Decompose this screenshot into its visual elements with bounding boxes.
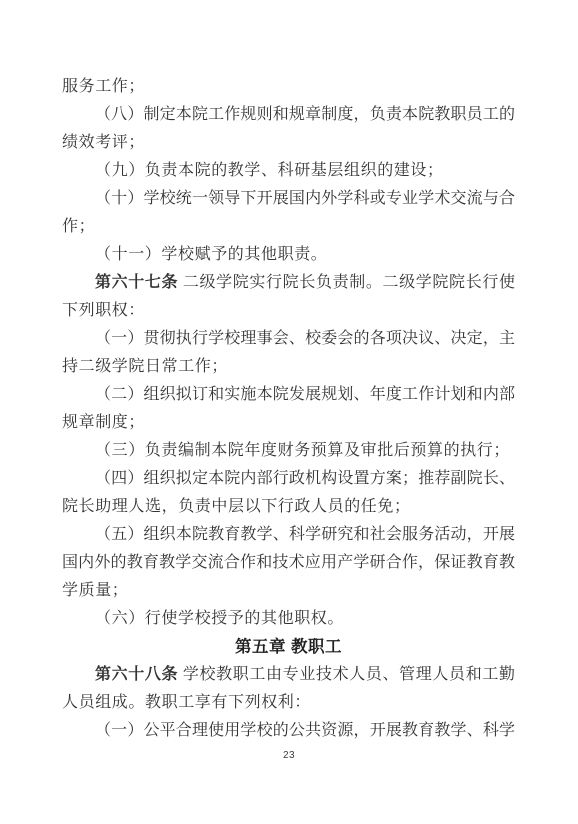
document-page: 服务工作； （八）制定本院工作规则和规章制度，负责本院教职员工的 绩效考评； （…	[0, 0, 578, 824]
text-line: （十）学校统一领导下开展国内外学科或专业学术交流与合	[62, 185, 515, 213]
text-line: （一）贯彻执行学校理事会、校委会的各项决议、决定，主	[62, 325, 515, 353]
text-line: 第六十八条 学校教职工由专业技术人员、管理人员和工勤	[62, 661, 515, 689]
text-line: （三）负责编制本院年度财务预算及审批后预算的执行；	[62, 437, 515, 465]
article-text: 二级学院实行院长负责制。二级学院院长行使	[178, 274, 515, 291]
text-line: 院长助理人选，负责中层以下行政人员的任免；	[62, 493, 515, 521]
text-line: 持二级学院日常工作；	[62, 353, 515, 381]
text-line: （四）组织拟定本院内部行政机构设置方案；推荐副院长、	[62, 465, 515, 493]
document-text: 服务工作； （八）制定本院工作规则和规章制度，负责本院教职员工的 绩效考评； （…	[62, 73, 515, 745]
text-line: 学质量；	[62, 577, 515, 605]
text-line: 规章制度；	[62, 409, 515, 437]
text-line: 作；	[62, 213, 515, 241]
text-line: （十一）学校赋予的其他职责。	[62, 241, 515, 269]
text-line: （六）行使学校授予的其他职权。	[62, 605, 515, 633]
article-number: 第六十八条	[95, 666, 178, 683]
text-line: 下列职权：	[62, 297, 515, 325]
text-line: 第六十七条 二级学院实行院长负责制。二级学院院长行使	[62, 269, 515, 297]
text-line: 人员组成。教职工享有下列权利：	[62, 689, 515, 717]
text-line: 绩效考评；	[62, 129, 515, 157]
page-number: 23	[0, 750, 578, 761]
text-line: （一）公平合理使用学校的公共资源，开展教育教学、科学	[62, 717, 515, 745]
text-line: （二）组织拟订和实施本院发展规划、年度工作计划和内部	[62, 381, 515, 409]
article-text: 学校教职工由专业技术人员、管理人员和工勤	[178, 666, 515, 683]
text-line: 国内外的教育教学交流合作和技术应用产学研合作，保证教育教	[62, 549, 515, 577]
text-line: （八）制定本院工作规则和规章制度，负责本院教职员工的	[62, 101, 515, 129]
chapter-heading: 第五章 教职工	[62, 633, 515, 661]
text-line: （九）负责本院的教学、科研基层组织的建设；	[62, 157, 515, 185]
article-number: 第六十七条	[95, 274, 178, 291]
text-line: （五）组织本院教育教学、科学研究和社会服务活动，开展	[62, 521, 515, 549]
text-line: 服务工作；	[62, 73, 515, 101]
